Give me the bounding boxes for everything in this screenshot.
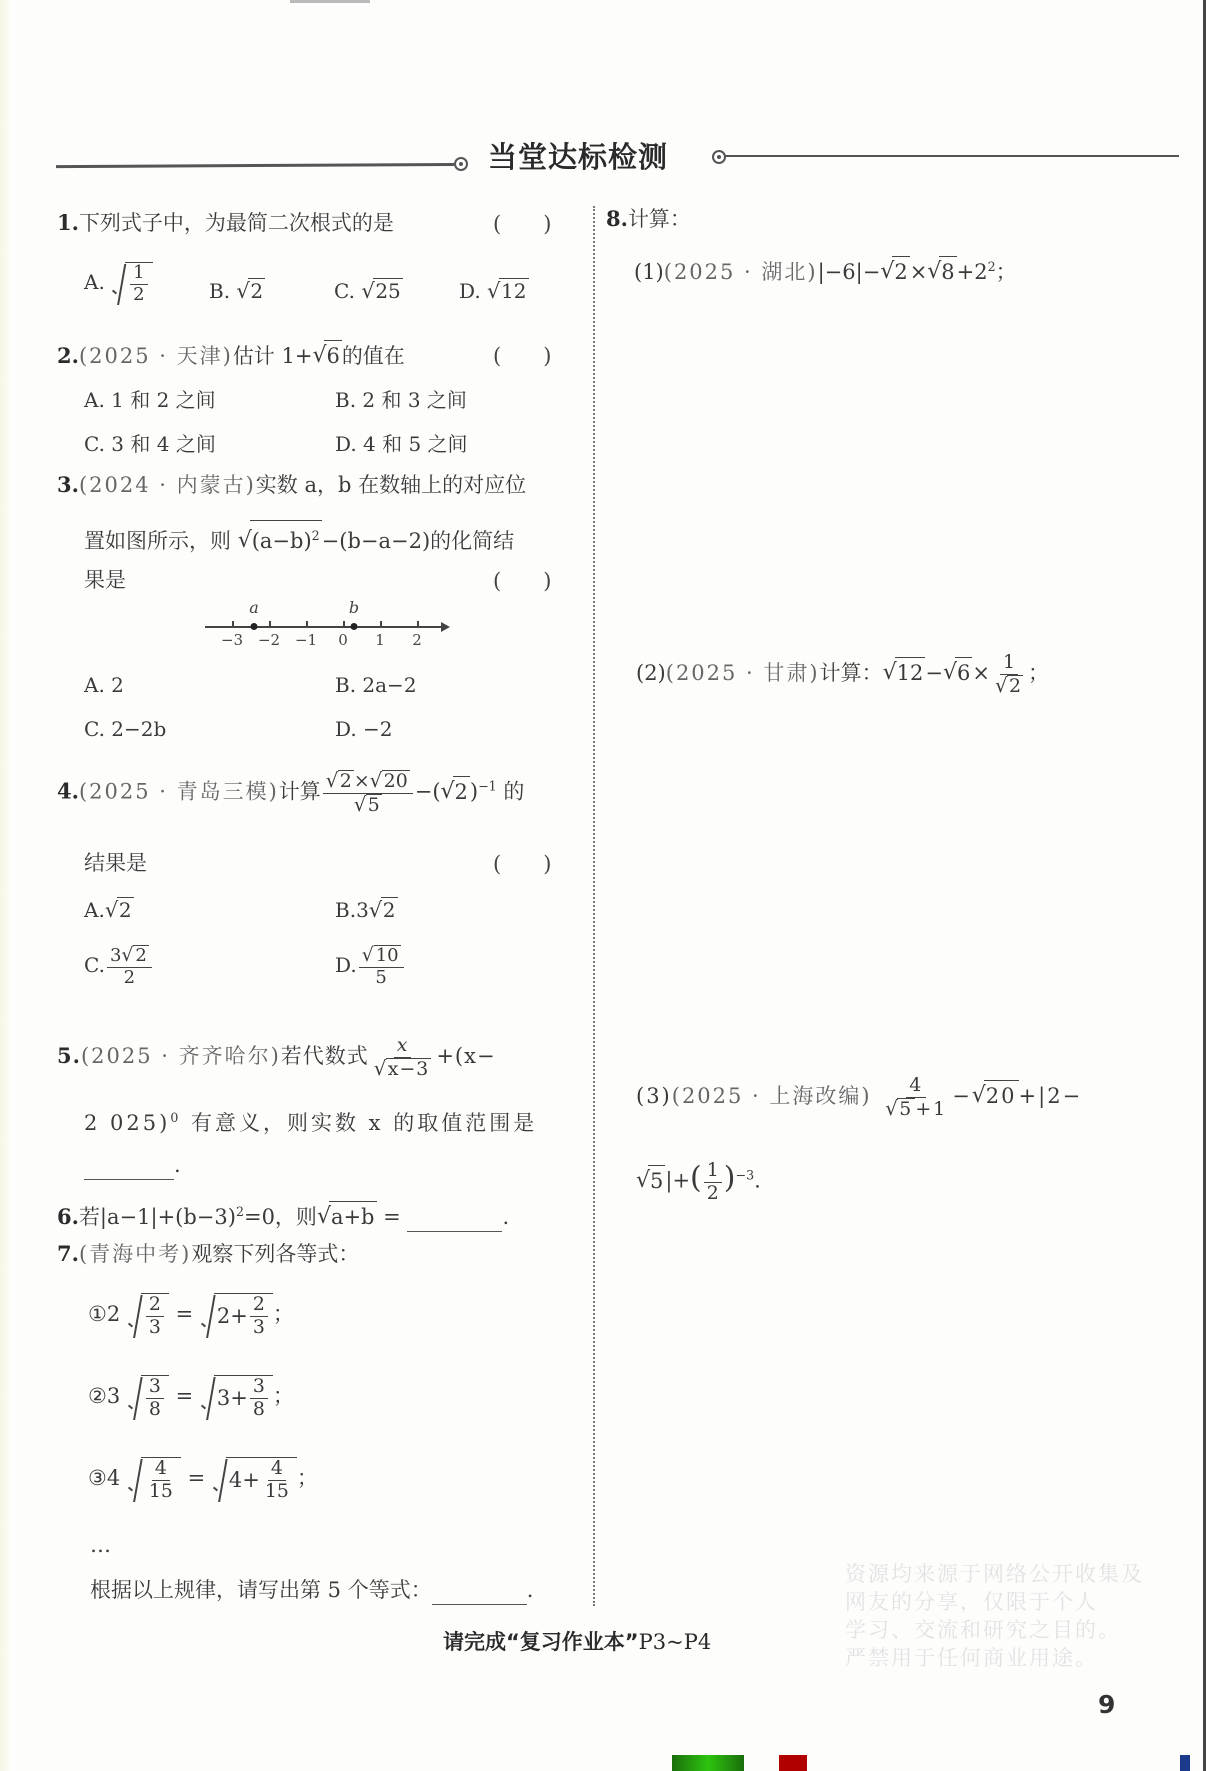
option-b[interactable]: B. 2	[209, 278, 265, 303]
color-bar-blue	[1180, 1755, 1190, 1771]
question-5-line2: 2 025)0 有意义，则实数 x 的取值范围是	[84, 1103, 537, 1138]
column-divider	[593, 206, 595, 1606]
section-header: 当堂达标检测	[56, 135, 1122, 185]
option-a[interactable]: A.2	[84, 897, 134, 922]
answer-paren[interactable]: ( )	[493, 340, 551, 370]
watermark-text: 资源均来源于网络公开收集及 网友的分享，仅限于个人 学习、交流和研究之目的。 严…	[845, 1560, 1144, 1672]
question-6: 6.若|a−1|+(b−3)2=0，则a+b = .	[57, 1197, 509, 1232]
option-b[interactable]: B.32	[335, 897, 398, 922]
point-a-marker	[251, 623, 258, 630]
equation-1: ①2 23 = 2+23；	[88, 1293, 294, 1338]
equation-3: ③4 415 = 4+415；	[88, 1457, 318, 1502]
question-7: 7.(青海中考)观察下列各等式：	[57, 1239, 359, 1269]
section-title: 当堂达标检测	[488, 135, 668, 176]
option-b[interactable]: B. 2a−2	[335, 673, 417, 697]
option-a[interactable]: A. 2	[84, 673, 124, 697]
header-rule-right	[724, 155, 1179, 157]
option-b[interactable]: B. 2 和 3 之间	[335, 384, 467, 413]
point-b-marker	[351, 623, 358, 630]
question-3-line2: 置如图所示，则 (a−b)2−(b−a−2)的化简结	[84, 520, 514, 556]
answer-paren[interactable]: ( )	[493, 848, 551, 878]
page-edge-left	[0, 0, 10, 1771]
option-d[interactable]: D. 4 和 5 之间	[335, 428, 468, 457]
question-2: 2.(2025 · 天津)估计 1+6的值在	[57, 340, 405, 371]
question-3: 3.(2024 · 内蒙古)实数 a，b 在数轴上的对应位	[57, 470, 526, 500]
page-number: 9	[1098, 1690, 1115, 1719]
arrow-right-icon	[441, 622, 450, 632]
option-c[interactable]: C.322	[84, 945, 154, 988]
number-line-figure: −3 −2 −1 0 1 2 a b	[205, 598, 455, 658]
homework-reminder: 请完成“复习作业本”P3~P4	[443, 1626, 711, 1656]
question-1: 1.下列式子中，为最简二次根式的是	[57, 208, 394, 238]
ring-ornament-icon	[712, 150, 726, 164]
equation-2: ②3 38 = 3+38；	[88, 1375, 294, 1420]
answer-blank[interactable]	[407, 1209, 502, 1232]
option-c[interactable]: C. 3 和 4 之间	[84, 428, 216, 457]
answer-paren[interactable]: ( )	[493, 565, 551, 595]
ellipsis: …	[90, 1530, 111, 1560]
question-8-part-1: (1)(2025 · 湖北)|−6|−2×8+22；	[634, 252, 1017, 287]
question-4: 4.(2025 · 青岛三模)计算2×205−(2)−1 的	[57, 770, 524, 816]
header-rule-left	[56, 163, 454, 168]
top-tab-mark	[290, 0, 370, 3]
option-a[interactable]: A. 1 和 2 之间	[84, 384, 216, 413]
option-d[interactable]: D.105	[335, 945, 406, 988]
answer-paren[interactable]: ( )	[493, 208, 551, 238]
question-8-part-3: (3)(2025 · 上海改编) 45+1−20+|2−	[636, 1075, 1082, 1120]
number-line-axis	[205, 626, 443, 628]
question-8: 8.计算：	[606, 204, 691, 234]
question-3-line3: 果是	[84, 565, 126, 595]
question-5: 5.(2025 · 齐齐哈尔)若代数式xx−3+(x−	[57, 1035, 496, 1080]
question-text: 下列式子中，为最简二次根式的是	[79, 211, 394, 235]
option-d[interactable]: D. 12	[459, 278, 529, 303]
option-d[interactable]: D. −2	[335, 717, 393, 741]
sqrt-expression: 12	[111, 262, 152, 305]
question-4-line2: 结果是	[84, 848, 147, 878]
answer-blank[interactable]	[84, 1157, 174, 1180]
color-bar-green	[672, 1755, 744, 1771]
answer-blank[interactable]	[432, 1582, 527, 1605]
option-a[interactable]: A. 12	[84, 262, 153, 305]
question-5-answer-line: .	[84, 1150, 181, 1180]
ring-ornament-icon	[454, 157, 468, 171]
option-c[interactable]: C. 2−2b	[84, 717, 166, 741]
color-bar-red	[779, 1755, 807, 1771]
option-c[interactable]: C. 25	[334, 278, 403, 303]
question-8-part-3-line2: 5|+(12)−3.	[636, 1160, 761, 1204]
question-8-part-2: (2)(2025 · 甘肃)计算：12−6×12；	[636, 652, 1049, 697]
question-7-prompt: 根据以上规律，请写出第 5 个等式：.	[90, 1575, 533, 1605]
